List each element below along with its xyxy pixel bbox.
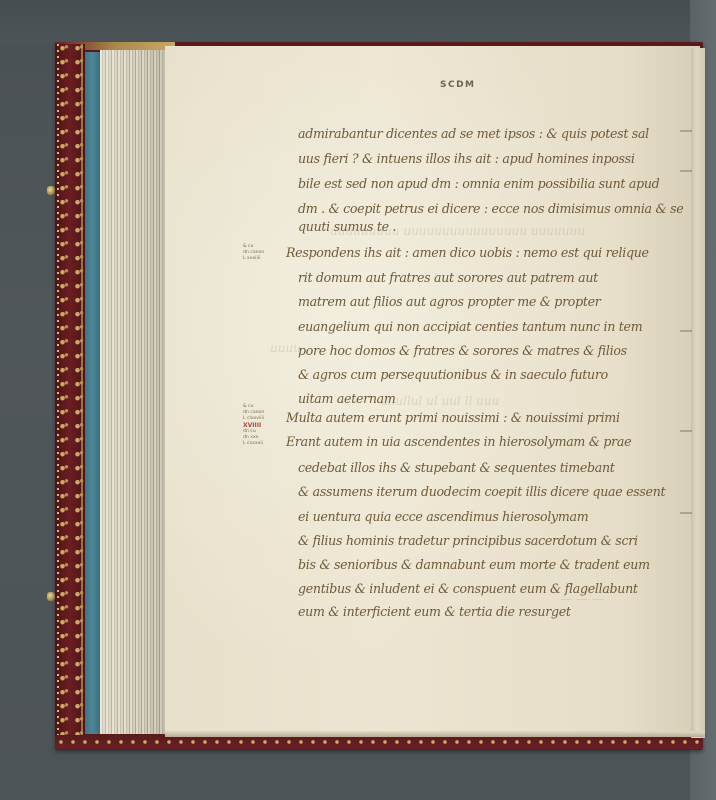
marginal-canon-note-1: & cu dn canon L xxxiiii [243,244,264,263]
text-line: bis & senioribus & damnabunt eum morte &… [298,557,650,572]
show-through-mark [680,430,692,432]
show-through-mark [680,130,692,132]
clasp-pin-upper [47,186,55,195]
marginal-canon-note-2: & cu dn canon L clxxviiii XVIIII dn cu d… [243,404,264,447]
clasp-pin-lower [47,592,55,601]
text-line: dm . & coepit petrus ei dicere : ecce no… [298,201,683,216]
text-line: matrem aut filios aut agros propter me &… [298,294,600,309]
text-line: gentibus & inludent ei & conspuent eum &… [298,581,638,596]
text-line: cedebat illos ihs & stupebant & sequente… [298,460,615,475]
running-head: SCDM [440,80,476,90]
cover-gilt-border-bottom [55,735,703,749]
text-line: uitam aeternam [298,391,396,406]
folio-bottom-edge [165,731,705,737]
manuscript-folio [165,46,700,734]
show-through-mark [680,330,692,332]
show-through-mark [680,512,692,514]
text-line: & filius hominis tradetur principibus sa… [298,533,638,548]
text-line: quuti sumus te . [298,219,396,234]
marginal-rubric-number: XVIIII [243,423,264,429]
text-line-section-start: Respondens ihs ait : amen dico uobis : n… [286,245,649,260]
text-line: ei uentura quia ecce ascendimus hierosol… [298,509,588,524]
text-line: & assumens iterum duodecim coepit illis … [298,484,665,499]
text-line: admirabantur dicentes ad se met ipsos : … [298,126,649,141]
page-edges [100,50,166,734]
text-line: & agros cum persequutionibus & in saecul… [298,367,608,382]
text-line: bile est sed non apud dm : omnia enim po… [298,176,659,191]
background-top [0,0,716,44]
gutter-fold [691,48,705,738]
blue-turn-in [85,52,100,734]
text-line: euangelium qui non accipiat centies tant… [298,319,642,334]
text-line: uus fieri ? & intuens illos ihs ait : ap… [298,151,635,166]
show-through-text: uuuu [270,341,301,355]
text-line: rit domum aut fratres aut sorores aut pa… [298,270,598,285]
marginal-line: L xxxiiii [243,256,264,262]
text-line-section-start: Erant autem in uia ascendentes in hieros… [286,434,631,449]
text-line: pore hoc domos & fratres & sorores & mat… [298,343,627,358]
marginal-line: L cxxxxii [243,441,264,447]
text-line-section-start: Multa autem erunt primi nouissimi : & no… [286,410,620,425]
show-through-text: ullullul ul uul ll uuu [380,394,499,408]
show-through-mark [680,170,692,172]
cover-gilt-border-left [55,44,85,748]
text-line: eum & interficient eum & tertia die resu… [298,604,571,619]
